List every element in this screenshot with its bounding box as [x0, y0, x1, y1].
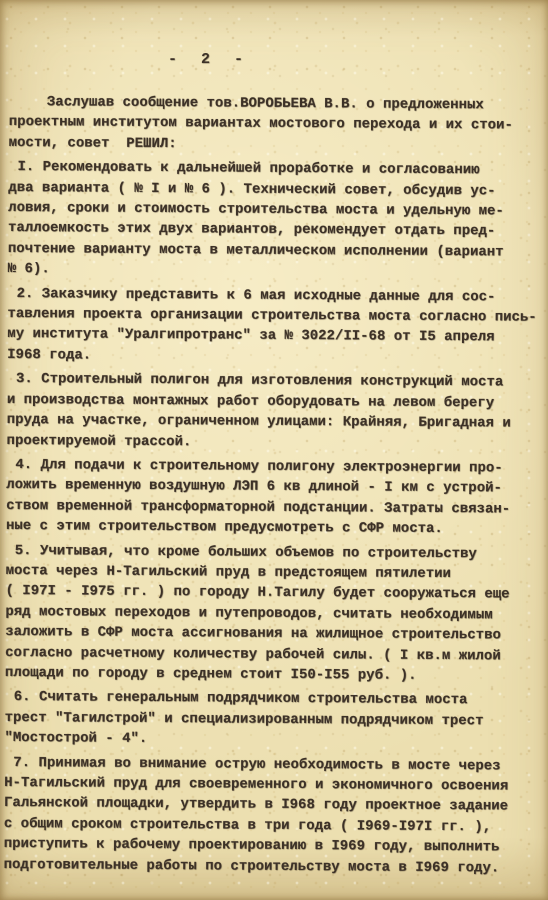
page-number: - 2 -: [168, 51, 245, 68]
paragraph-item-1: I. Рекомендовать к дальнейшей проработке…: [8, 157, 542, 283]
paragraph-item-6: 6. Считать генеральным подрядчиком строи…: [4, 687, 537, 752]
paragraph-item-4: 4. Для подачи к строительному полигону э…: [6, 455, 540, 540]
paragraph-item-7: 7. Принимая во внимание острую необходим…: [4, 753, 538, 879]
paragraph-item-3: 3. Строительный полигон для изготовления…: [6, 369, 540, 454]
document-body: Заслушав сообщение тов.ВОРОБЬЕВА В.В. о …: [4, 92, 542, 879]
paragraph-item-2: 2. Заказчику представить к 6 мая исходны…: [7, 284, 541, 369]
paragraph-item-5: 5. Учитывая, что кроме больших объемов п…: [5, 541, 539, 688]
document-page: - 2 - Заслушав сообщение тов.ВОРОБЬЕВА В…: [0, 0, 548, 900]
paragraph-intro: Заслушав сообщение тов.ВОРОБЬЕВА В.В. о …: [9, 92, 542, 157]
